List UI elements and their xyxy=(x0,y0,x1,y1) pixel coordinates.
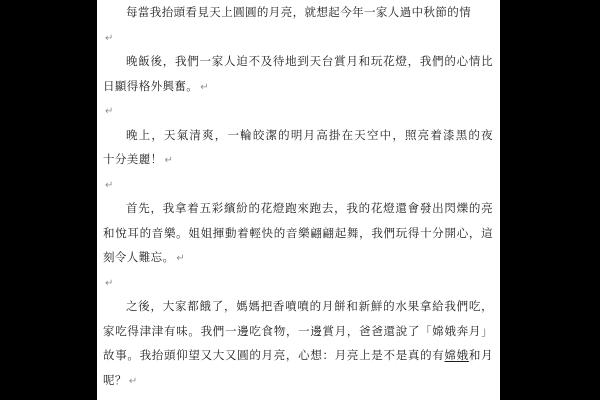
text-line[interactable]: 之後，大家都餓了，媽媽把香噴噴的月餅和新鮮的水果拿給我們吃，大 xyxy=(103,295,493,320)
line-text: 之後，大家都餓了，媽媽把香噴噴的月餅和新鮮的水果拿給我們吃，大 xyxy=(103,301,493,320)
underlined-term: 嫦娥 xyxy=(444,350,468,362)
document-text: 每當我抬頭看見天上圓圓的月亮，就想起今年一家人過中秋節的情景。↵ ↵ 晚飯後，我… xyxy=(103,1,493,393)
paragraph-mark-icon: ↵ xyxy=(129,376,137,387)
letterbox-left xyxy=(0,0,97,400)
line-text: 首先，我拿着五彩繽紛的花燈跑來跑去，我的花燈還會發出閃爍的亮光 xyxy=(103,203,493,222)
letterbox-right xyxy=(500,0,600,400)
text-line[interactable]: 和悅耳的音樂。姐姐揮動着輕快的音樂翩翩起舞，我們玩得十分開心，這一 xyxy=(103,222,493,247)
text-line[interactable]: 故事。我抬頭仰望又大又圓的月亮，心想：月亮上是不是真的有嫦娥和月兔 xyxy=(103,344,493,369)
empty-line[interactable]: ↵ xyxy=(103,26,493,51)
paragraph-mark-icon: ↵ xyxy=(105,106,113,117)
line-text: 呢？ xyxy=(103,375,127,387)
paragraph-mark-icon: ↵ xyxy=(200,82,208,93)
line-text: 刻令人難忘。 xyxy=(103,252,174,264)
paragraph-mark-icon: ↵ xyxy=(176,253,184,264)
line-text: 故事。我抬頭仰望又大又圓的月亮，心想：月亮上是不是真的有 xyxy=(103,350,444,362)
paragraph-mark-icon: ↵ xyxy=(165,155,173,166)
text-line[interactable]: 首先，我拿着五彩繽紛的花燈跑來跑去，我的花燈還會發出閃爍的亮光 xyxy=(103,197,493,222)
text-line[interactable]: 十分美麗！↵ xyxy=(103,148,493,173)
document-page[interactable]: 每當我抬頭看見天上圓圓的月亮，就想起今年一家人過中秋節的情景。↵ ↵ 晚飯後，我… xyxy=(97,0,500,400)
paragraph-mark-icon: ↵ xyxy=(105,180,113,191)
paragraph-mark-icon: ↵ xyxy=(105,33,113,44)
empty-line[interactable]: ↵ xyxy=(103,99,493,124)
line-text: 和悅耳的音樂。姐姐揮動着輕快的音樂翩翩起舞，我們玩得十分開心，這一 xyxy=(103,228,493,247)
text-line[interactable]: 晚上，天氣清爽，一輪皎潔的明月高掛在天空中，照亮着漆黑的夜空， xyxy=(103,124,493,149)
line-text: 晚飯後，我們一家人迫不及待地到天台賞月和玩花燈，我們的心情比平 xyxy=(103,56,493,75)
paragraph-mark-icon: ↵ xyxy=(105,278,113,289)
text-line[interactable]: 晚飯後，我們一家人迫不及待地到天台賞月和玩花燈，我們的心情比平 xyxy=(103,50,493,75)
text-line[interactable]: 刻令人難忘。↵ xyxy=(103,246,493,271)
line-text: 晚上，天氣清爽，一輪皎潔的明月高掛在天空中，照亮着漆黑的夜空， xyxy=(103,130,493,149)
line-text: 日顯得格外興奮。 xyxy=(103,81,198,93)
empty-line[interactable]: ↵ xyxy=(103,173,493,198)
text-line[interactable]: 呢？↵ xyxy=(103,369,493,394)
text-line[interactable]: 日顯得格外興奮。↵ xyxy=(103,75,493,100)
line-text: 家吃得津津有味。我們一邊吃食物，一邊賞月，爸爸還說了「嫦娥奔月」的 xyxy=(103,326,493,345)
line-text: 每當我抬頭看見天上圓圓的月亮，就想起今年一家人過中秋節的情景。 xyxy=(103,7,471,26)
text-line[interactable]: 家吃得津津有味。我們一邊吃食物，一邊賞月，爸爸還說了「嫦娥奔月」的 xyxy=(103,320,493,345)
empty-line[interactable]: ↵ xyxy=(103,271,493,296)
text-line[interactable]: 每當我抬頭看見天上圓圓的月亮，就想起今年一家人過中秋節的情景。↵ xyxy=(103,1,493,26)
screen: 每當我抬頭看見天上圓圓的月亮，就想起今年一家人過中秋節的情景。↵ ↵ 晚飯後，我… xyxy=(0,0,600,400)
line-text: 十分美麗！ xyxy=(103,154,163,166)
